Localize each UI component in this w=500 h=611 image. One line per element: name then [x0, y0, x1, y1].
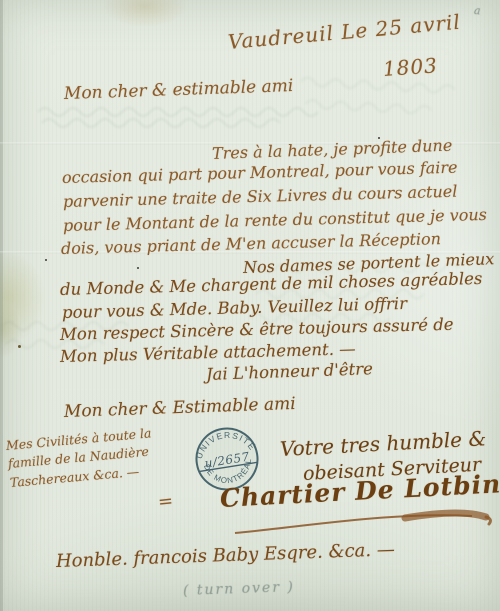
letter-page: a Vaudreuil Le 25 avril 1803 Mon cher & …	[0, 0, 500, 611]
body-line-11: Jai L'honneur d'être	[206, 359, 374, 384]
signature-flourish	[150, 495, 500, 539]
pencil-note: ( turn over )	[183, 579, 295, 599]
dateline: Vaudreuil Le 25 avril	[227, 10, 462, 54]
paper-speck	[45, 259, 47, 261]
bleed-through-ghost	[38, 104, 333, 130]
paper-speck	[137, 267, 139, 269]
paper-edge	[0, 0, 3, 611]
dateline-year: 1803	[382, 53, 438, 81]
address-line: Honble. francois Baby Esqre. &ca. —	[56, 539, 396, 572]
corner-mark: a	[474, 4, 481, 17]
salutation-line: Mon cher & estimable ami	[64, 76, 294, 104]
